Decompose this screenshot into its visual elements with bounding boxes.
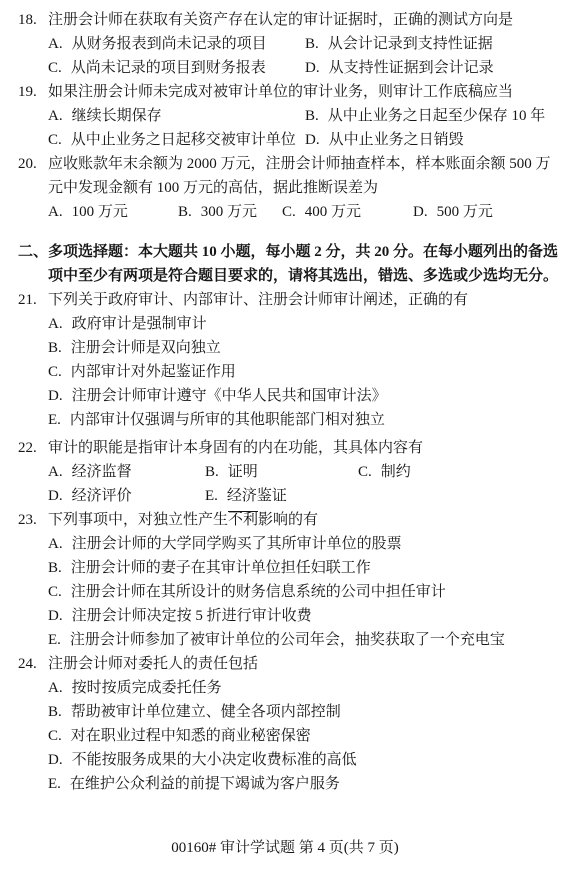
- option-a: A.100 万元: [48, 200, 178, 224]
- option-text: 注册会计师是双向独立: [71, 340, 221, 356]
- option-c: C.内部审计对外起鉴证作用: [48, 360, 564, 384]
- question-stem: 注册会计师对委托人的责任包括: [48, 652, 564, 676]
- option-b: B.帮助被审计单位建立、健全各项内部控制: [48, 700, 564, 724]
- option-text: 经济评价: [72, 488, 132, 504]
- question-22: 22. 审计的职能是指审计本身固有的内在功能，其具体内容有 A.经济监督 B.证…: [18, 436, 564, 508]
- section-2-header: 二、多项选择题：本大题共 10 小题，每小题 2 分，共 20 分。在每小题列出…: [18, 240, 564, 288]
- question-number: 21.: [18, 288, 48, 312]
- option-text: 从中止业务之日销毁: [329, 132, 464, 148]
- option-d: D.500 万元: [413, 200, 564, 224]
- option-label: A.: [48, 316, 63, 332]
- option-label: B.: [205, 464, 219, 480]
- option-text: 经济鉴证: [227, 488, 287, 504]
- option-text: 从尚未记录的项目到财务报表: [71, 60, 266, 76]
- question-number: 23.: [18, 508, 48, 532]
- option-a: A.继续长期保存: [48, 104, 305, 128]
- question-stem: 应收账款年末余额为 2000 万元，注册会计师抽查样本，样本账面余额 500 万…: [48, 152, 564, 200]
- option-c: C.对在职业过程中知悉的商业秘密保密: [48, 724, 564, 748]
- option-e: E.经济鉴证: [205, 484, 358, 508]
- option-text: 从会计记录到支持性证据: [328, 36, 493, 52]
- option-text: 对在职业过程中知悉的商业秘密保密: [71, 728, 311, 744]
- option-text: 从中止业务之日起移交被审计单位: [71, 132, 296, 148]
- options-grid: A.继续长期保存 B.从中止业务之日起至少保存 10 年 C.从中止业务之日起移…: [48, 104, 564, 152]
- option-label: C.: [48, 728, 62, 744]
- exam-page: 18. 注册会计师在获取有关资产存在认定的审计证据时，正确的测试方向是 A.从财…: [0, 0, 570, 872]
- option-label: A.: [48, 108, 63, 124]
- question-stem: 下列关于政府审计、内部审计、注册会计师审计阐述，正确的有: [48, 288, 564, 312]
- stem-text: 影响的有: [258, 512, 318, 528]
- question-body: 应收账款年末余额为 2000 万元，注册会计师抽查样本，样本账面余额 500 万…: [48, 152, 564, 224]
- question-18: 18. 注册会计师在获取有关资产存在认定的审计证据时，正确的测试方向是 A.从财…: [18, 8, 564, 80]
- question-stem: 如果注册会计师未完成对被审计单位的审计业务，则审计工作底稿应当: [48, 80, 564, 104]
- question-20: 20. 应收账款年末余额为 2000 万元，注册会计师抽查样本，样本账面余额 5…: [18, 152, 564, 224]
- option-label: E.: [48, 776, 61, 792]
- option-d: D.注册会计师审计遵守《中华人民共和国审计法》: [48, 384, 564, 408]
- option-label: B.: [48, 340, 62, 356]
- option-label: C.: [358, 464, 372, 480]
- question-body: 下列事项中，对独立性产生不利影响的有 A.注册会计师的大学同学购买了其所审计单位…: [48, 508, 564, 652]
- option-b: B.证明: [205, 460, 358, 484]
- option-a: A.政府审计是强制审计: [48, 312, 564, 336]
- question-23: 23. 下列事项中，对独立性产生不利影响的有 A.注册会计师的大学同学购买了其所…: [18, 508, 564, 652]
- option-text: 注册会计师审计遵守《中华人民共和国审计法》: [72, 388, 387, 404]
- stem-text: 下列事项中，对独立性产生: [48, 512, 228, 528]
- option-label: B.: [305, 108, 319, 124]
- question-body: 审计的职能是指审计本身固有的内在功能，其具体内容有 A.经济监督 B.证明 C.…: [48, 436, 564, 508]
- option-text: 内部审计仅强调与所审的其他职能部门相对独立: [70, 412, 385, 428]
- question-stem: 注册会计师在获取有关资产存在认定的审计证据时，正确的测试方向是: [48, 8, 564, 32]
- question-number: 20.: [18, 152, 48, 176]
- question-number: 24.: [18, 652, 48, 676]
- option-label: E.: [205, 488, 218, 504]
- option-text: 注册会计师的妻子在其审计单位担任妇联工作: [71, 560, 371, 576]
- option-text: 从中止业务之日起至少保存 10 年: [328, 108, 546, 124]
- option-text: 注册会计师决定按 5 折进行审计收费: [72, 608, 312, 624]
- option-text: 政府审计是强制审计: [72, 316, 207, 332]
- option-label: D.: [48, 488, 63, 504]
- option-label: B.: [48, 704, 62, 720]
- option-b: B.从中止业务之日起至少保存 10 年: [305, 104, 564, 128]
- options-list: A.政府审计是强制审计 B.注册会计师是双向独立 C.内部审计对外起鉴证作用 D…: [48, 312, 564, 432]
- option-text: 内部审计对外起鉴证作用: [71, 364, 236, 380]
- option-b: B.从会计记录到支持性证据: [305, 32, 564, 56]
- option-text: 按时按质完成委托任务: [72, 680, 222, 696]
- option-c: C.注册会计师在其所设计的财务信息系统的公司中担任审计: [48, 580, 564, 604]
- options-list: A.按时按质完成委托任务 B.帮助被审计单位建立、健全各项内部控制 C.对在职业…: [48, 676, 564, 796]
- option-c: C.制约: [358, 460, 564, 484]
- option-label: E.: [48, 412, 61, 428]
- option-text: 注册会计师在其所设计的财务信息系统的公司中担任审计: [71, 584, 446, 600]
- option-text: 注册会计师参加了被审计单位的公司年会，抽奖获取了一个充电宝: [70, 632, 505, 648]
- option-d: D.从支持性证据到会计记录: [305, 56, 564, 80]
- option-text: 经济监督: [72, 464, 132, 480]
- option-label: E.: [48, 632, 61, 648]
- question-stem: 审计的职能是指审计本身固有的内在功能，其具体内容有: [48, 436, 564, 460]
- option-text: 500 万元: [437, 204, 493, 220]
- option-d: D.经济评价: [48, 484, 205, 508]
- option-c: C.从尚未记录的项目到财务报表: [48, 56, 305, 80]
- option-text: 从财务报表到尚未记录的项目: [72, 36, 267, 52]
- option-label: D.: [48, 388, 63, 404]
- option-e: E.内部审计仅强调与所审的其他职能部门相对独立: [48, 408, 564, 432]
- options-grid: A.100 万元 B.300 万元 C.400 万元 D.500 万元: [48, 200, 564, 224]
- option-b: B.300 万元: [178, 200, 282, 224]
- option-d: D.从中止业务之日销毁: [305, 128, 564, 152]
- option-label: A.: [48, 464, 63, 480]
- question-21: 21. 下列关于政府审计、内部审计、注册会计师审计阐述，正确的有 A.政府审计是…: [18, 288, 564, 432]
- option-c: C.400 万元: [282, 200, 413, 224]
- option-b: B.注册会计师是双向独立: [48, 336, 564, 360]
- option-text: 从支持性证据到会计记录: [329, 60, 494, 76]
- option-e: E.在维护公众利益的前提下竭诚为客户服务: [48, 772, 564, 796]
- option-text: 100 万元: [72, 204, 128, 220]
- question-24: 24. 注册会计师对委托人的责任包括 A.按时按质完成委托任务 B.帮助被审计单…: [18, 652, 564, 796]
- option-label: A.: [48, 680, 63, 696]
- option-label: A.: [48, 536, 63, 552]
- option-text: 继续长期保存: [72, 108, 162, 124]
- option-text: 在维护公众利益的前提下竭诚为客户服务: [70, 776, 340, 792]
- option-text: 不能按服务成果的大小决定收费标准的高低: [72, 752, 357, 768]
- option-a: A.经济监督: [48, 460, 205, 484]
- option-a: A.按时按质完成委托任务: [48, 676, 564, 700]
- option-e: E.注册会计师参加了被审计单位的公司年会，抽奖获取了一个充电宝: [48, 628, 564, 652]
- option-text: 注册会计师的大学同学购买了其所审计单位的股票: [72, 536, 402, 552]
- option-label: B.: [305, 36, 319, 52]
- option-label: A.: [48, 36, 63, 52]
- option-a: A.从财务报表到尚未记录的项目: [48, 32, 305, 56]
- option-label: C.: [282, 204, 296, 220]
- question-number: 22.: [18, 436, 48, 460]
- option-c: C.从中止业务之日起移交被审计单位: [48, 128, 305, 152]
- option-label: D.: [48, 752, 63, 768]
- option-b: B.注册会计师的妻子在其审计单位担任妇联工作: [48, 556, 564, 580]
- page-footer: 00160# 审计学试题 第 4 页(共 7 页): [0, 836, 570, 860]
- option-label: D.: [413, 204, 428, 220]
- stem-emphasized-text: 不利: [228, 511, 258, 528]
- option-text: 证明: [228, 464, 258, 480]
- question-body: 注册会计师在获取有关资产存在认定的审计证据时，正确的测试方向是 A.从财务报表到…: [48, 8, 564, 80]
- options-grid: A.经济监督 B.证明 C.制约 D.经济评价 E.经济鉴证: [48, 460, 564, 508]
- options-grid: A.从财务报表到尚未记录的项目 B.从会计记录到支持性证据 C.从尚未记录的项目…: [48, 32, 564, 80]
- option-label: D.: [305, 60, 320, 76]
- question-19: 19. 如果注册会计师未完成对被审计单位的审计业务，则审计工作底稿应当 A.继续…: [18, 80, 564, 152]
- option-label: B.: [48, 560, 62, 576]
- question-body: 下列关于政府审计、内部审计、注册会计师审计阐述，正确的有 A.政府审计是强制审计…: [48, 288, 564, 432]
- question-body: 注册会计师对委托人的责任包括 A.按时按质完成委托任务 B.帮助被审计单位建立、…: [48, 652, 564, 796]
- option-d: D.不能按服务成果的大小决定收费标准的高低: [48, 748, 564, 772]
- option-label: C.: [48, 132, 62, 148]
- option-label: C.: [48, 364, 62, 380]
- option-label: C.: [48, 60, 62, 76]
- question-list: 18. 注册会计师在获取有关资产存在认定的审计证据时，正确的测试方向是 A.从财…: [0, 0, 570, 796]
- question-stem: 下列事项中，对独立性产生不利影响的有: [48, 508, 564, 532]
- question-number: 19.: [18, 80, 48, 104]
- option-label: D.: [48, 608, 63, 624]
- option-label: A.: [48, 204, 63, 220]
- option-text: 400 万元: [305, 204, 361, 220]
- question-body: 如果注册会计师未完成对被审计单位的审计业务，则审计工作底稿应当 A.继续长期保存…: [48, 80, 564, 152]
- option-d: D.注册会计师决定按 5 折进行审计收费: [48, 604, 564, 628]
- option-label: B.: [178, 204, 192, 220]
- option-label: D.: [305, 132, 320, 148]
- option-text: 帮助被审计单位建立、健全各项内部控制: [71, 704, 341, 720]
- option-text: 300 万元: [201, 204, 257, 220]
- question-number: 18.: [18, 8, 48, 32]
- option-text: 制约: [381, 464, 411, 480]
- options-list: A.注册会计师的大学同学购买了其所审计单位的股票 B.注册会计师的妻子在其审计单…: [48, 532, 564, 652]
- option-label: C.: [48, 584, 62, 600]
- option-a: A.注册会计师的大学同学购买了其所审计单位的股票: [48, 532, 564, 556]
